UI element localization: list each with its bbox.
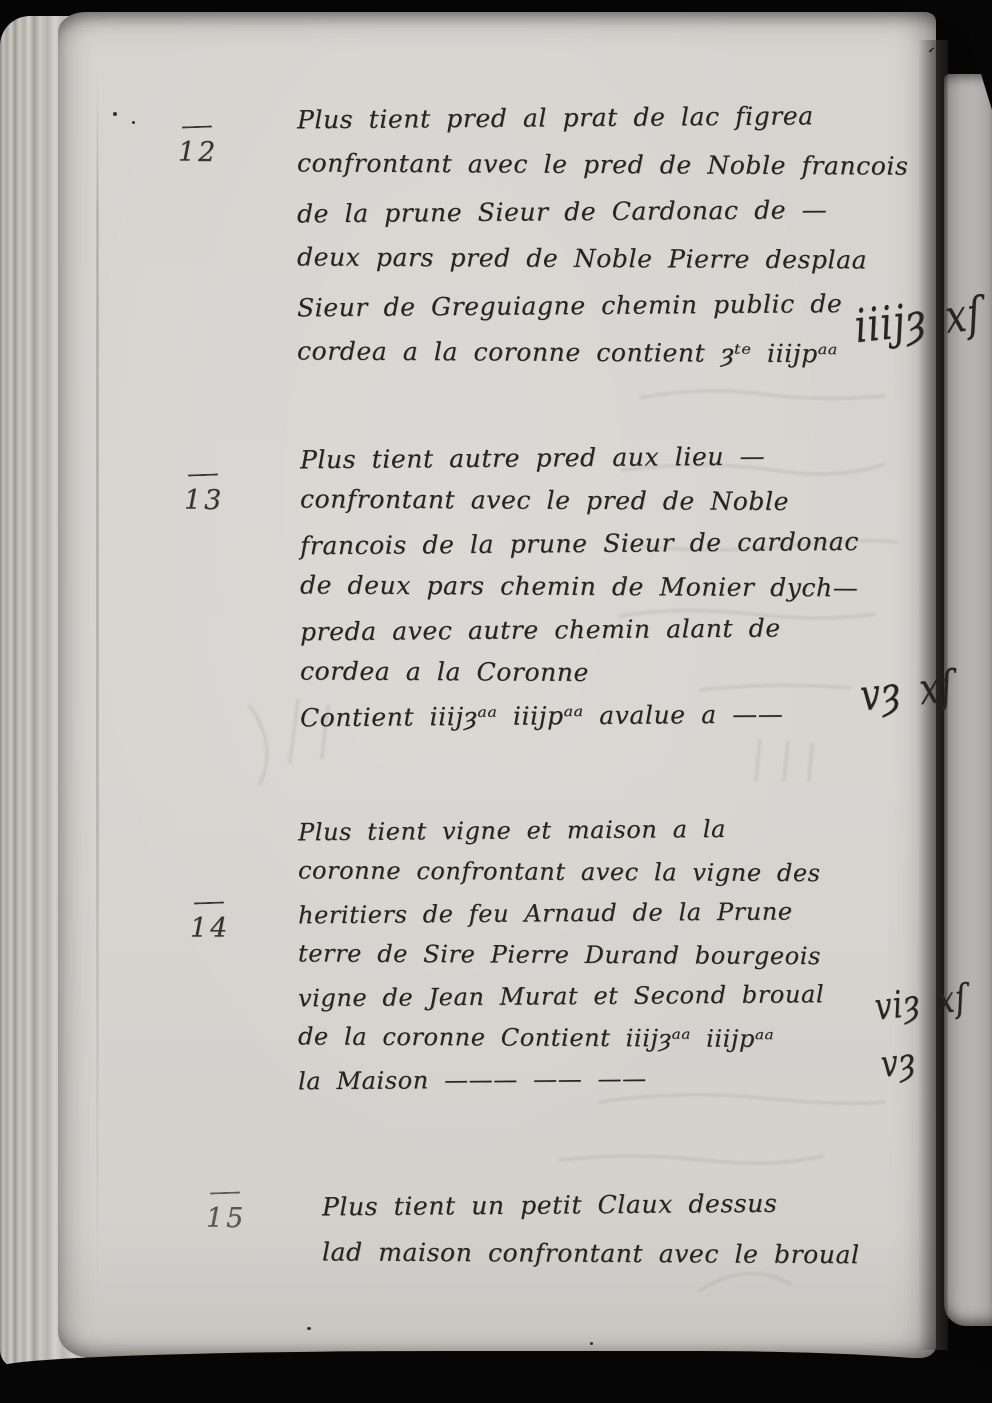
manuscript-line: Plus tient un petit Claux dessus bbox=[322, 1178, 932, 1232]
manuscript-line: de la prune Sieur de Cardonac de — bbox=[297, 186, 897, 238]
margin-annotation-13: vȝ xſ bbox=[858, 662, 957, 722]
manuscript-line: Plus tient autre pred aux lieu — bbox=[300, 434, 890, 482]
entry-number-overdash bbox=[194, 901, 224, 904]
entry-number-overdash bbox=[210, 1191, 240, 1194]
manuscript-line: de la coronne Contient iiijȝᵃᵃ iiijpᵃᵃ bbox=[298, 1016, 898, 1061]
entry-15-text: Plus tient un petit Claux dessus lad mai… bbox=[322, 1180, 932, 1278]
ink-speck bbox=[132, 121, 135, 124]
entry-number-13: 13 bbox=[184, 474, 224, 516]
manuscript-scan: 12 Plus tient pred al prat de lac figrea… bbox=[0, 0, 992, 1403]
entry-number-overdash bbox=[188, 473, 218, 476]
manuscript-line: Contient iiijȝᵃᵃ iiijpᵃᵃ avalue a —— bbox=[300, 692, 890, 740]
entry-number-14: 14 bbox=[190, 902, 230, 944]
manuscript-line: heritiers de feu Arnaud de la Prune bbox=[298, 891, 898, 937]
entry-number-label: 12 bbox=[178, 137, 218, 168]
entry-number-label: 14 bbox=[190, 913, 230, 944]
manuscript-line: coronne confrontant avec la vigne des bbox=[298, 850, 898, 895]
entry-number-12: 12 bbox=[178, 126, 218, 168]
entry-number-label: 13 bbox=[184, 485, 224, 516]
manuscript-line: Sieur de Greguiagne chemin public de bbox=[297, 280, 897, 332]
entry-13-text: Plus tient autre pred aux lieu — confron… bbox=[300, 436, 890, 737]
manuscript-line: deux pars pred de Noble Pierre desplaa bbox=[297, 233, 897, 283]
manuscript-line: de deux pars chemin de Monier dych— bbox=[300, 563, 890, 609]
manuscript-line: terre de Sire Pierre Durand bourgeois bbox=[298, 933, 898, 978]
entry-number-label: 15 bbox=[206, 1203, 246, 1234]
entry-number-overdash bbox=[182, 125, 212, 128]
entry-14-text: Plus tient vigne et maison a la coronne … bbox=[298, 810, 898, 1101]
manuscript-line: Plus tient pred al prat de lac figrea bbox=[297, 92, 897, 144]
manuscript-line: cordea a la Coronne bbox=[300, 649, 890, 695]
manuscript-line: preda avec autre chemin alant de bbox=[300, 606, 890, 654]
manuscript-line: cordea a la coronne contient ȝᵗᵉ iiijpᵃᵃ bbox=[297, 327, 897, 377]
entry-number-15: 15 bbox=[206, 1192, 246, 1234]
ink-speck bbox=[590, 1342, 593, 1345]
ink-speck bbox=[113, 112, 117, 116]
manuscript-line: Plus tient vigne et maison a la bbox=[298, 808, 898, 854]
manuscript-line: la Maison ——— —— —— bbox=[298, 1057, 898, 1103]
manuscript-line: confrontant avec le pred de Noble bbox=[300, 477, 890, 523]
ink-speck bbox=[307, 1327, 311, 1330]
manuscript-line: lad maison confrontant avec le broual bbox=[322, 1227, 932, 1279]
manuscript-line: vigne de Jean Murat et Second broual bbox=[298, 974, 898, 1020]
margin-annotation-14: viȝ xſ vȝ bbox=[872, 967, 992, 1094]
manuscript-line: francois de la prune Sieur de cardonac bbox=[300, 520, 890, 568]
margin-annotation-line: vȝ bbox=[878, 1025, 992, 1095]
manuscript-line: confrontant avec le pred de Noble franco… bbox=[297, 139, 897, 189]
entry-12-text: Plus tient pred al prat de lac figrea co… bbox=[297, 94, 897, 376]
